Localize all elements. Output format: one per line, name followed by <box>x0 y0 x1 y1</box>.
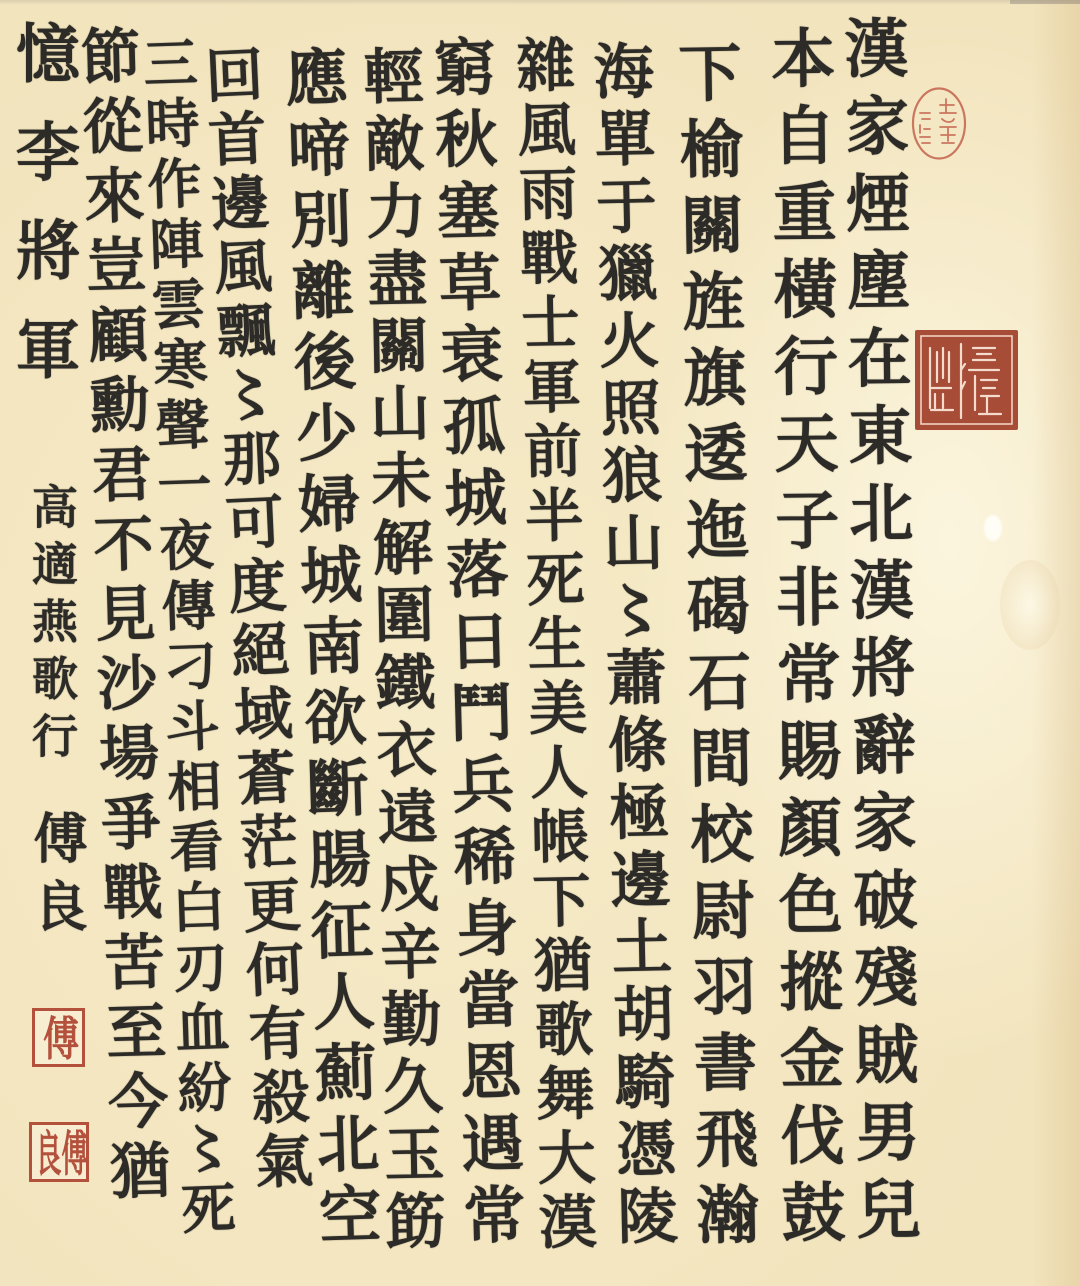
seal-fu-text: 傅 <box>39 1014 79 1063</box>
paper-edge <box>1010 0 1080 4</box>
text-column-12: 憶李將軍 <box>2 20 82 380</box>
seal-fu-liang-text: 傅良 <box>33 1128 85 1178</box>
text-column-3: 下榆關旌旗逶迤碣石間校尉羽書飛瀚 <box>665 39 764 1245</box>
square-seal-icon <box>915 330 1018 430</box>
title-inscription: 高適燕歌行 <box>12 483 92 758</box>
seal-fu: 傅 <box>32 1008 85 1067</box>
oval-seal-icon <box>910 85 968 162</box>
square-seal <box>915 330 1018 430</box>
seal-fu-liang: 傅良 <box>29 1122 89 1182</box>
paper-stain <box>1000 560 1060 650</box>
text-column-2: 本自重橫行天子非常賜顏色摐金伐鼓 <box>757 25 848 1244</box>
artist-signature: 傅良 <box>17 810 97 932</box>
calligraphy-sheet: 漢家煙塵在東北漢將辭家破殘賊男兒 本自重橫行天子非常賜顏色摐金伐鼓 下榆關旌旗逶… <box>0 0 1080 1286</box>
oval-seal <box>910 85 968 162</box>
light-glare <box>984 515 1002 541</box>
